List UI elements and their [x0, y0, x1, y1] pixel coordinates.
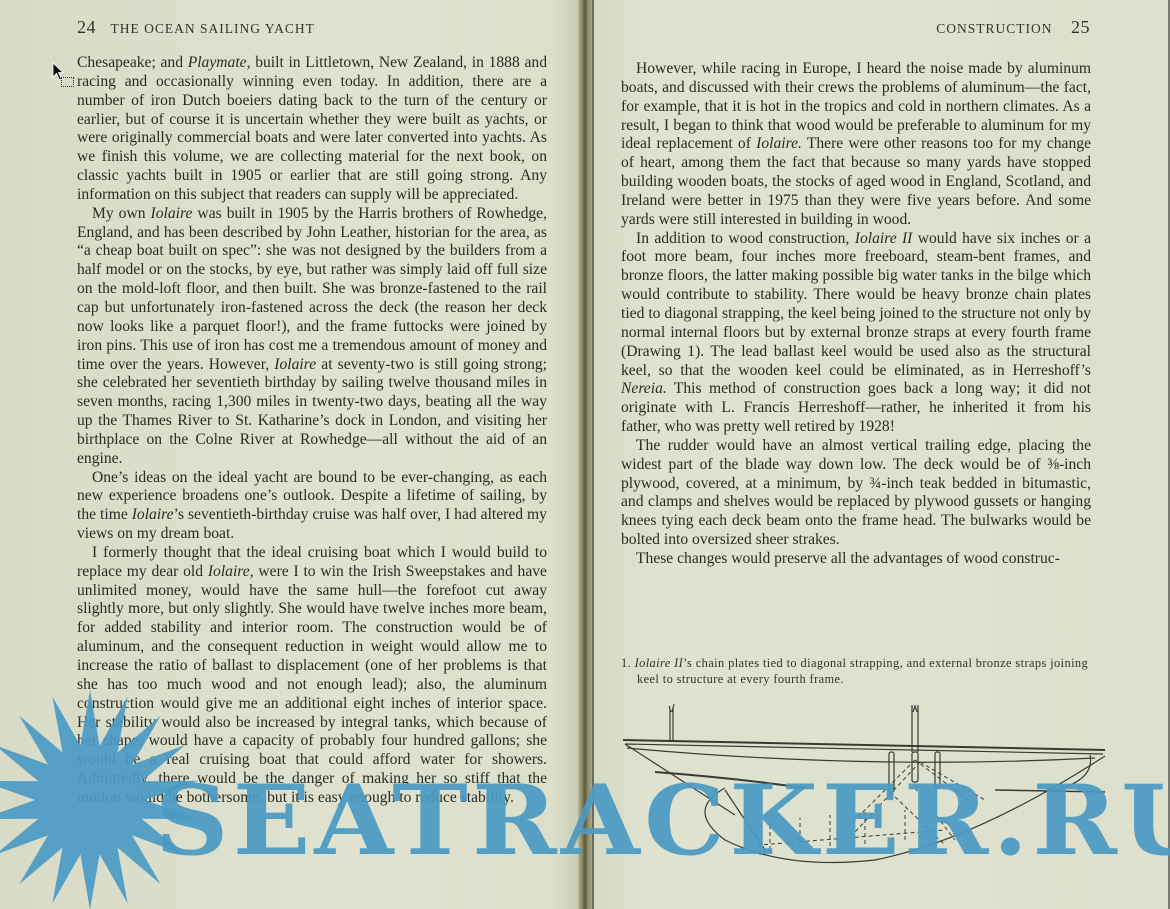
running-title-left: THE OCEAN SAILING YACHT — [111, 21, 315, 36]
page-number-left: 24 — [77, 17, 96, 37]
book-spread: 24 THE OCEAN SAILING YACHT CONSTRUCTION … — [0, 0, 1170, 909]
paragraph: Chesapeake; and Playmate, built in Littl… — [77, 54, 547, 205]
drag-selection-box — [61, 77, 74, 87]
paragraph: In addition to wood construction, Iolair… — [621, 230, 1091, 437]
running-title-right: CONSTRUCTION — [936, 21, 1052, 36]
yacht-hull-profile-drawing — [615, 700, 1125, 870]
page-number-right: 25 — [1071, 17, 1090, 37]
left-body-text: Chesapeake; and Playmate, built in Littl… — [77, 54, 547, 808]
paragraph: I formerly thought that the ideal cruisi… — [77, 544, 547, 808]
paragraph: One’s ideas on the ideal yacht are bound… — [77, 469, 547, 544]
right-body-text: However, while racing in Europe, I heard… — [621, 60, 1091, 569]
figure-caption: 1. Iolaire II’s chain plates tied to dia… — [621, 655, 1091, 687]
paragraph: However, while racing in Europe, I heard… — [621, 60, 1091, 230]
paragraph: My own Iolaire was built in 1905 by the … — [77, 205, 547, 469]
paragraph: These changes would preserve all the adv… — [621, 550, 1091, 569]
left-running-head: 24 THE OCEAN SAILING YACHT — [77, 17, 315, 38]
paragraph: The rudder would have an almost vertical… — [621, 437, 1091, 550]
figure-number: 1. — [621, 656, 635, 670]
book-gutter — [578, 0, 592, 909]
right-running-head: CONSTRUCTION 25 — [936, 17, 1090, 38]
